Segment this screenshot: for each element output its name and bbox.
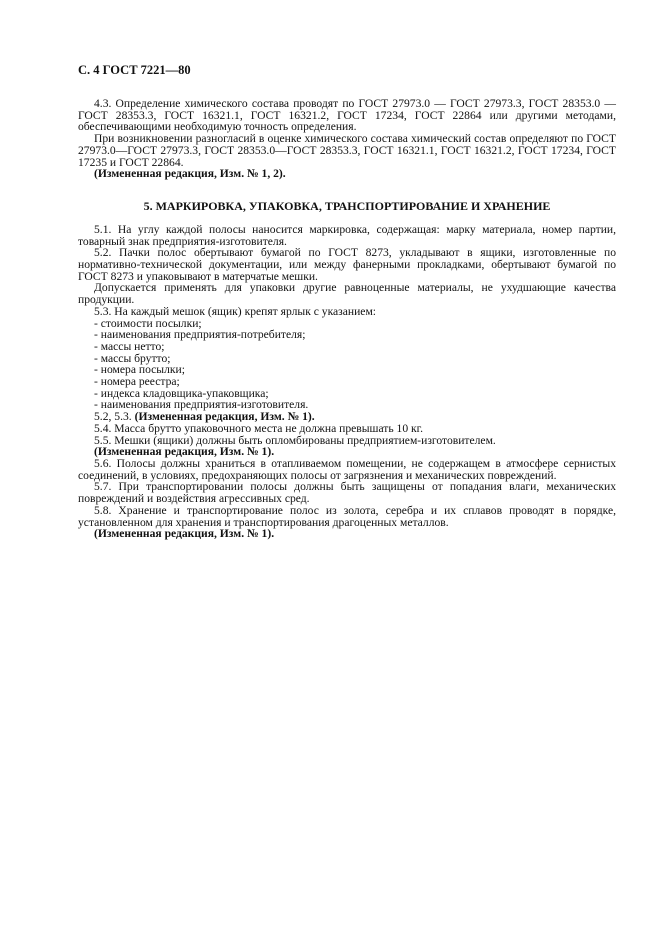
section-5-title: 5. МАРКИРОВКА, УПАКОВКА, ТРАНСПОРТИРОВАН…	[78, 199, 616, 213]
amendment-note-5-8: (Измененная редакция, Изм. № 1).	[78, 528, 616, 540]
label-items-list: - стоимости посылки; - наименования пред…	[78, 318, 616, 412]
amendment-note-4: (Измененная редакция, Изм. № 1, 2).	[78, 168, 616, 180]
paragraph-5-6: 5.6. Полосы должны храниться в отапливае…	[78, 458, 616, 481]
list-item: - массы нетто;	[78, 341, 616, 353]
paragraph-5-1: 5.1. На углу каждой полосы наносится мар…	[78, 224, 616, 247]
paragraph-5-8: 5.8. Хранение и транспортирование полос …	[78, 505, 616, 528]
paragraph-5-3: 5.3. На каждый мешок (ящик) крепят ярлык…	[78, 306, 616, 318]
paragraph-5-4: 5.4. Масса брутто упаковочного места не …	[78, 423, 616, 435]
document-body: 4.3. Определение химического состава про…	[78, 98, 616, 540]
page-header: С. 4 ГОСТ 7221—80	[78, 63, 191, 77]
list-item: - номера реестра;	[78, 376, 616, 388]
paragraph-5-7: 5.7. При транспортировании полосы должны…	[78, 481, 616, 504]
paragraph-4-3: 4.3. Определение химического состава про…	[78, 98, 616, 133]
paragraph-5-2: 5.2. Пачки полос обертывают бумагой по Г…	[78, 247, 616, 282]
paragraph-disagreement: При возникновении разногласий в оценке х…	[78, 133, 616, 168]
paragraph-allowed-materials: Допускается применять для упаковки други…	[78, 282, 616, 305]
